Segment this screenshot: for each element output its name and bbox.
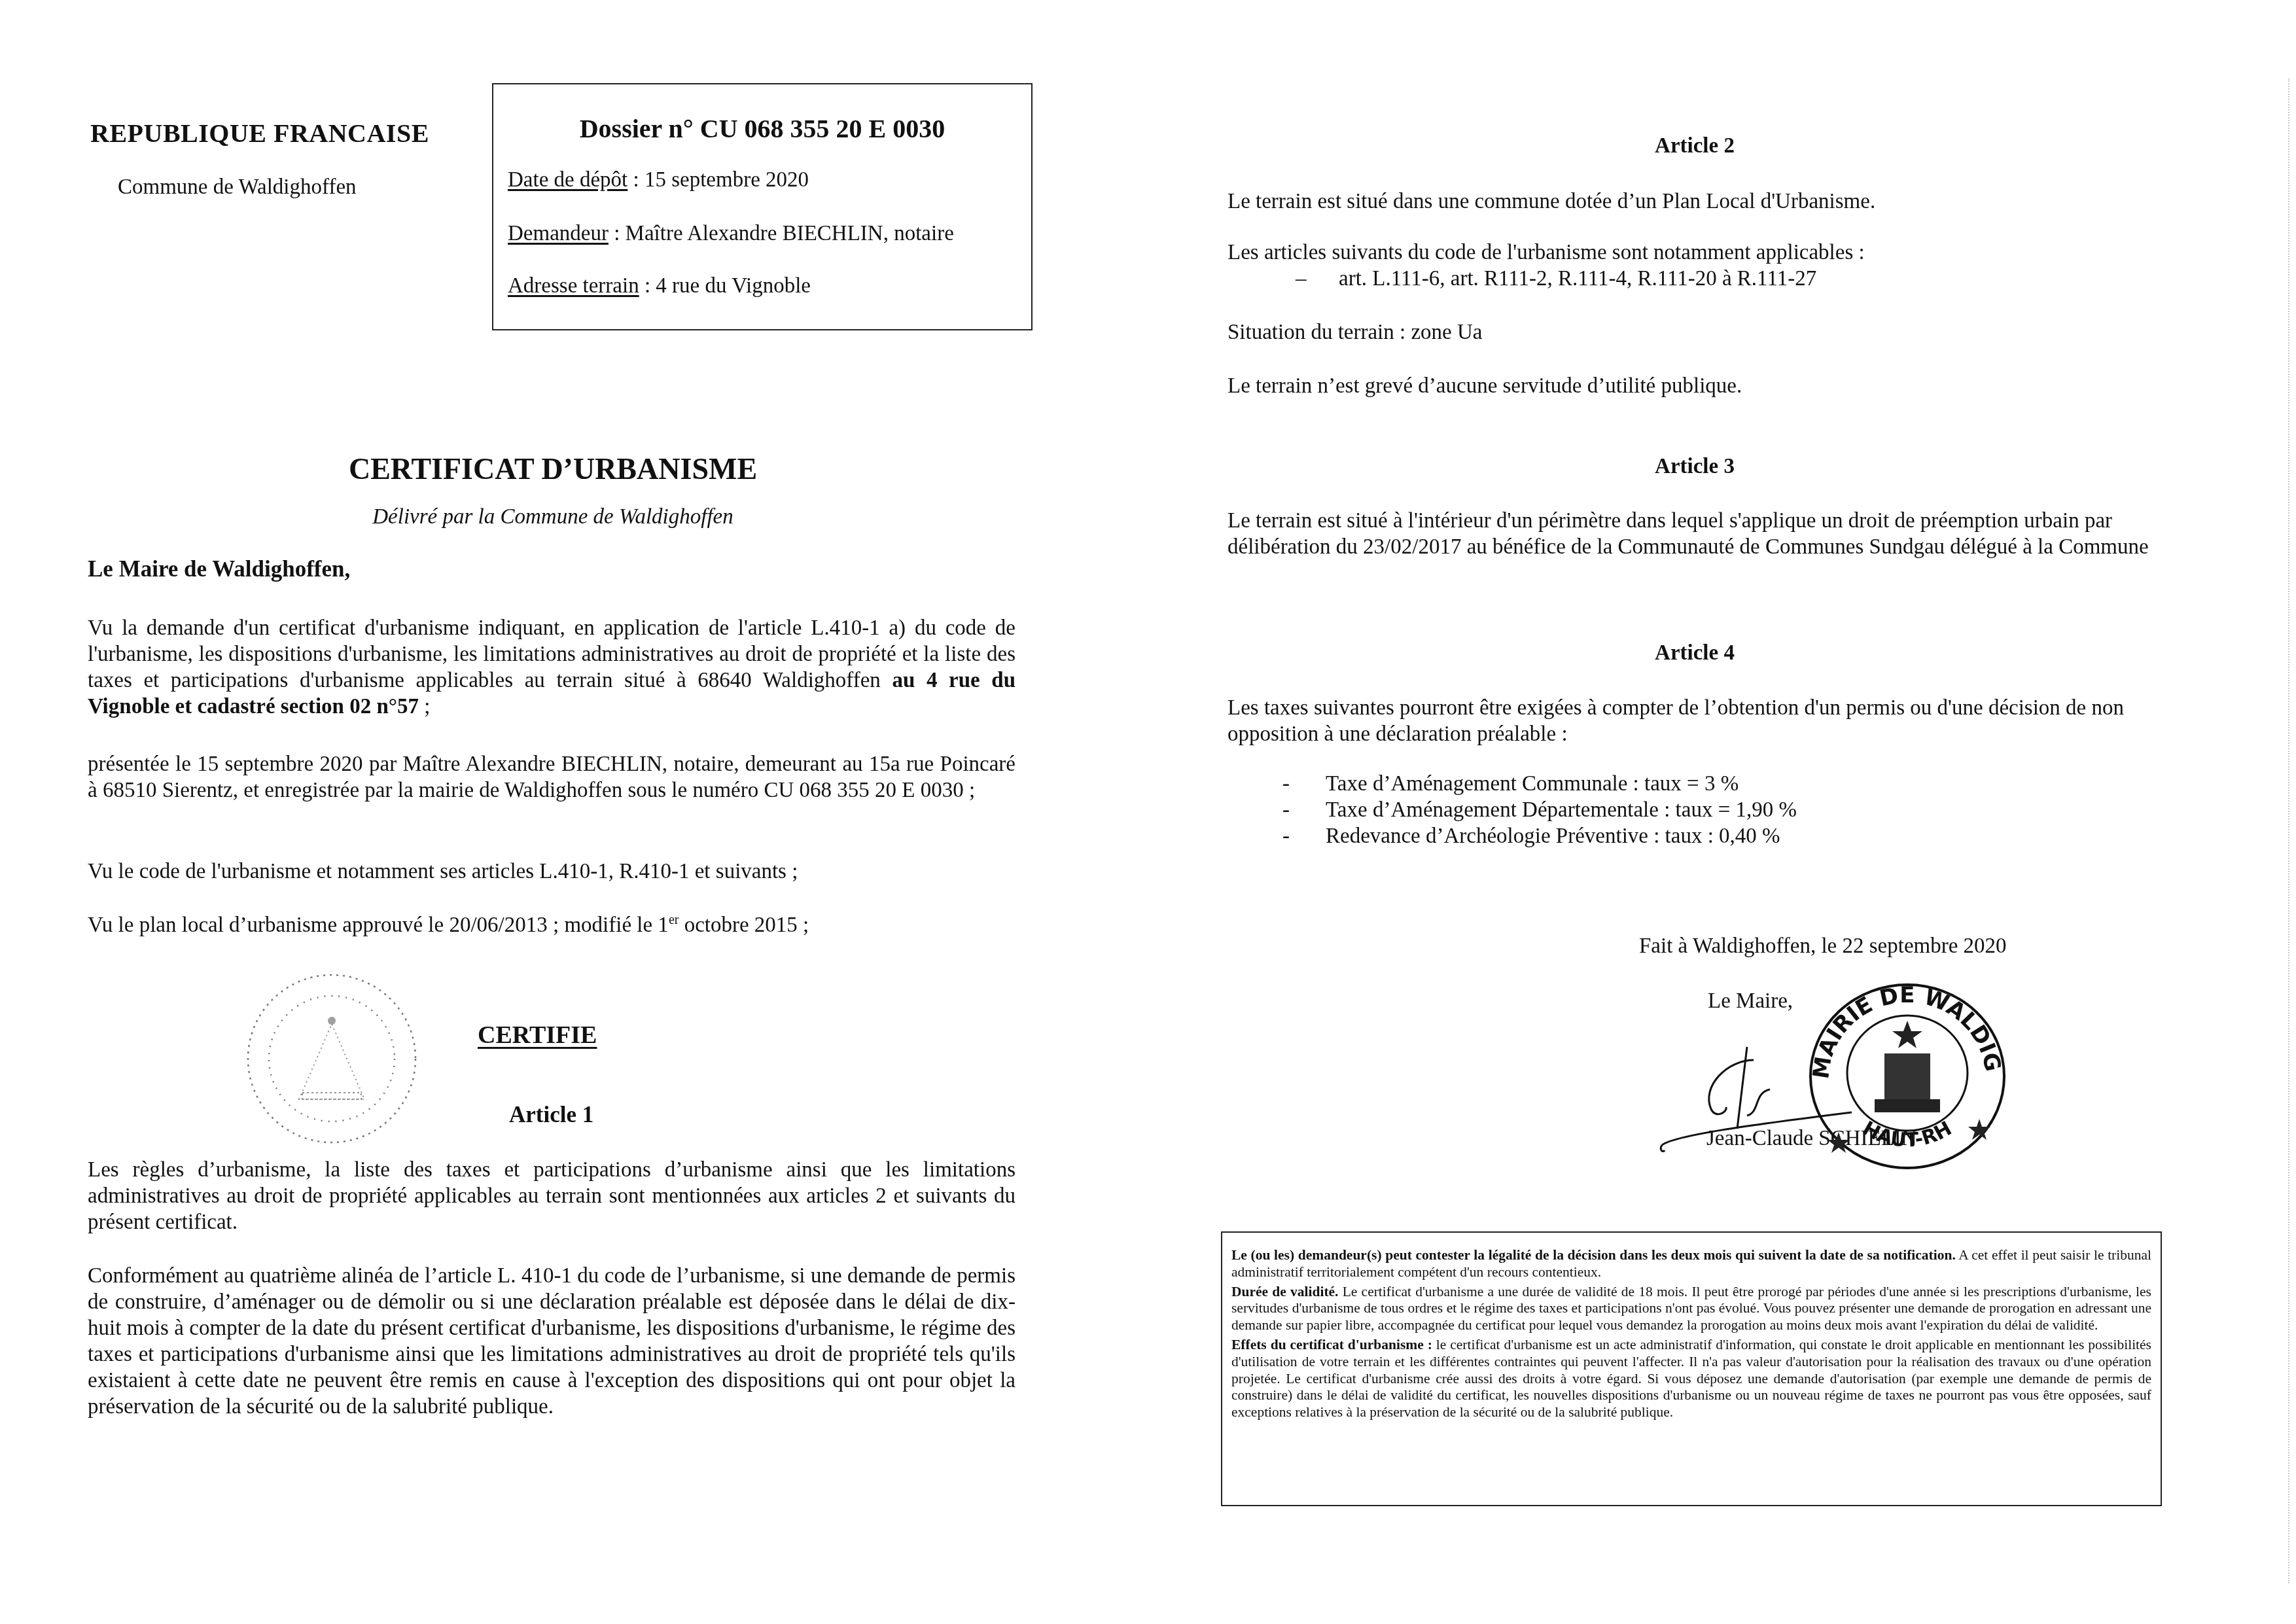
dash-bullet-icon: – [1296,266,1339,292]
tax-label: Redevance d’Archéologie Préventive : tau… [1326,824,1780,848]
notice-effects: Effets du certificat d'urbanisme : le ce… [1231,1337,2151,1421]
field-value: : Maître Alexandre BIECHLIN, notaire [609,222,954,245]
document-title: CERTIFICAT D’URBANISME [0,451,1106,486]
paragraph-presentee: présentée le 15 septembre 2020 par Maîtr… [88,751,1016,803]
scan-edge-divider [2288,79,2289,1583]
certifie-heading: CERTIFIE [478,1021,597,1050]
field-label: Date de dépôt [508,168,627,192]
list-item: -Redevance d’Archéologie Préventive : ta… [1282,823,1797,849]
faded-stamp-icon [237,962,427,1152]
mairie-stamp-icon: MAIRIE DE WALDIGHOFFEN HAUT-RHIN [1799,968,2015,1178]
tax-label: Taxe d’Aménagement Communale : taux = 3 … [1326,772,1739,796]
zone-situation: Situation du terrain : zone Ua [1227,319,2163,345]
field-value: : 4 rue du Vignoble [639,274,811,298]
dash-bullet-icon: - [1282,771,1326,797]
notice-lead: Effets du certificat d'urbanisme : [1231,1337,1432,1352]
article-2-paragraph: Les articles suivants du code de l'urban… [1227,239,2163,266]
notice-lead: Le (ou les) demandeur(s) peut contester … [1231,1247,1956,1263]
field-value: : 15 septembre 2020 [627,168,809,192]
article-3-paragraph: Le terrain est situé à l'intérieur d'un … [1227,508,2163,560]
dash-bullet-icon: - [1282,823,1326,849]
paragraph-vu-plan: Vu le plan local d’urbanisme approuvé le… [88,912,1016,938]
article-2-paragraph: Le terrain est situé dans une commune do… [1227,188,2163,215]
field-label: Adresse terrain [508,274,639,298]
dossier-number: Dossier n° CU 068 355 20 E 0030 [493,113,1031,144]
republic-heading: REPUBLIQUE FRANCAISE [90,118,429,149]
paragraph-text: Vu le plan local d’urbanisme approuvé le… [88,913,669,937]
article-2-title: Article 2 [1224,134,2166,158]
deposit-date-field: Date de dépôt : 15 septembre 2020 [508,168,809,192]
notice-recourse: Le (ou les) demandeur(s) peut contester … [1231,1247,2151,1281]
dossier-box: Dossier n° CU 068 355 20 E 0030 Date de … [492,83,1033,330]
article-1-title: Article 1 [509,1102,593,1128]
dash-bullet-icon: - [1282,797,1326,823]
legal-notice-box: Le (ou les) demandeur(s) peut contester … [1221,1231,2162,1506]
commune-name: Commune de Waldighoffen [118,175,357,200]
paragraph-text: octobre 2015 ; [679,913,809,937]
article-1-paragraph: Conformément au quatrième alinéa de l’ar… [88,1263,1016,1420]
document-subtitle: Délivré par la Commune de Waldighoffen [0,505,1106,529]
article-1-paragraph: Les règles d’urbanisme, la liste des tax… [88,1157,1016,1235]
superscript: er [669,913,679,927]
tax-list: -Taxe d’Aménagement Communale : taux = 3… [1282,771,1797,849]
land-address-field: Adresse terrain : 4 rue du Vignoble [508,274,811,298]
notice-validity: Durée de validité. Le certificat d'urban… [1231,1284,2151,1334]
list-item: art. L.111-6, art. R111-2, R.111-4, R.11… [1339,267,1816,291]
list-item: -Taxe d’Aménagement Communale : taux = 3… [1282,771,1797,797]
article-3-title: Article 3 [1224,455,2166,479]
paragraph-vu-demande: Vu la demande d'un certificat d'urbanism… [88,615,1016,720]
signatory-role: Le Maire, [1708,989,1793,1014]
mayor-heading: Le Maire de Waldighoffen, [88,556,350,582]
field-label: Demandeur [508,222,609,245]
paragraph-vu-code: Vu le code de l'urbanisme et notamment s… [88,858,1016,885]
applicable-articles-list: –art. L.111-6, art. R111-2, R.111-4, R.1… [1296,266,1816,292]
article-4-title: Article 4 [1224,641,2166,665]
tax-label: Taxe d’Aménagement Départementale : taux… [1326,798,1797,822]
article-4-paragraph: Les taxes suivantes pourront être exigée… [1227,695,2163,747]
list-item: -Taxe d’Aménagement Départementale : tau… [1282,797,1797,823]
article-2-paragraph: Le terrain n’est grevé d’aucune servitud… [1227,373,2163,399]
notice-text: Le certificat d'urbanisme a une durée de… [1231,1284,2151,1333]
place-and-date: Fait à Waldighoffen, le 22 septembre 202… [1639,934,2007,959]
paragraph-text: ; [419,695,430,718]
applicant-field: Demandeur : Maître Alexandre BIECHLIN, n… [508,222,954,246]
paragraph-text: Vu la demande d'un certificat d'urbanism… [88,616,1016,692]
notice-lead: Durée de validité. [1231,1284,1339,1299]
